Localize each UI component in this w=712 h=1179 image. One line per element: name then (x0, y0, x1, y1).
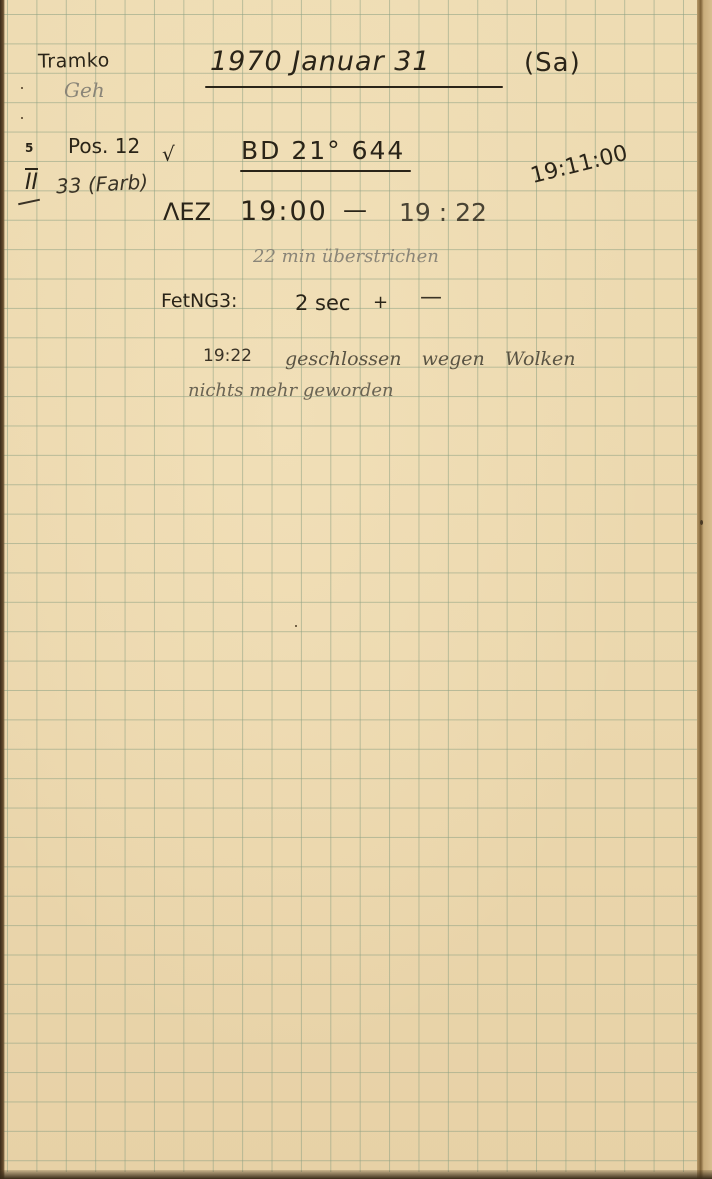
observer-name: Tramko (38, 51, 110, 71)
measurement-label: FetNG3: (161, 292, 237, 311)
duration-note: 22 min überstrichen (253, 248, 439, 266)
check-mark: √ (162, 144, 175, 164)
plate-roman: II (25, 172, 38, 194)
notebook-page: Tramko Geh 1970 Januar 31 (Sa) 5 Pos. 12… (0, 0, 712, 1179)
binding-edge (0, 0, 5, 1179)
paper-speck (21, 117, 23, 119)
exposure-label: ΛEZ (163, 200, 211, 224)
measurement-dash: — (420, 287, 442, 309)
target-underline (240, 170, 411, 172)
date-underline (205, 86, 503, 88)
page-bottom-edge (0, 1170, 712, 1179)
page-right-edge (697, 0, 712, 1179)
remark-line-1: geschlossen wegen Wolken (285, 350, 576, 369)
measurement-plus: + (373, 294, 388, 312)
remark-time: 19:22 (203, 348, 252, 365)
exposure-dash: — (343, 198, 367, 222)
paper-speck (295, 625, 297, 627)
paper-speck (21, 87, 23, 89)
plate-number: 33 (Farb) (56, 172, 149, 197)
weekday: (Sa) (524, 50, 581, 76)
position-label: Pos. 12 (68, 136, 140, 156)
observer-note: Geh (64, 80, 105, 100)
measurement-value: 2 sec (295, 293, 350, 314)
target-star: BD 21° 644 (241, 138, 405, 163)
entry-index: 5 (25, 142, 33, 154)
exposure-end: 19 : 22 (399, 200, 487, 225)
remark-line-2: nichts mehr geworden (188, 382, 394, 400)
exposure-start: 19:00 (240, 198, 328, 225)
observation-date: 1970 Januar 31 (210, 48, 431, 75)
paper-speck (700, 520, 703, 525)
